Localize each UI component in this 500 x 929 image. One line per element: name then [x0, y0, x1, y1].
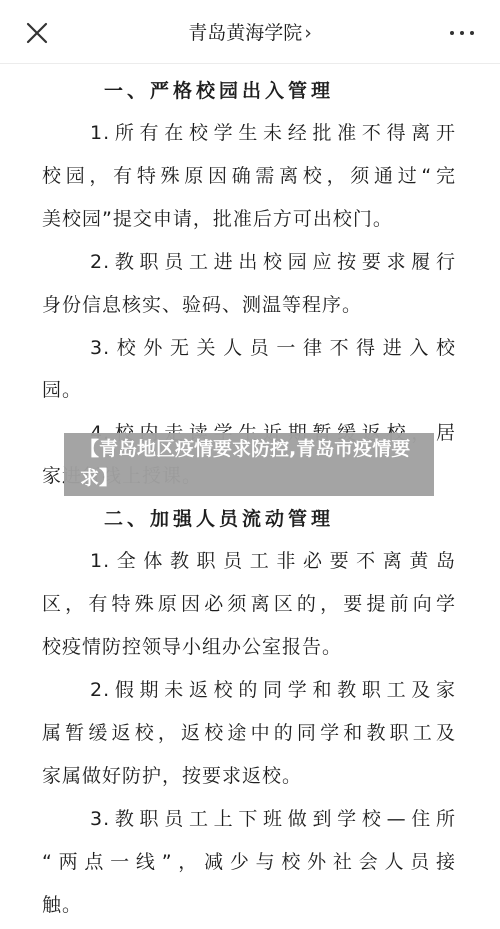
- more-dots-icon: [450, 31, 454, 35]
- paragraph-line: 校疫情防控领导小组办公室报告。: [42, 634, 456, 660]
- paragraph-line: 3.教职员工上下班做到学校—住所: [90, 806, 456, 832]
- paragraph-line: 触。: [42, 892, 456, 918]
- paragraph-line: 区，有特殊原因必须离区的，要提前向学: [42, 591, 456, 617]
- paragraph-line: 1.全体教职员工非必要不离黄岛: [90, 548, 456, 574]
- paragraph-line: “两点一线”，减少与校外社会人员接: [42, 849, 456, 875]
- paragraph-line: 2.教职员工进出校园应按要求履行: [90, 249, 456, 275]
- account-title-link[interactable]: 青岛黄海学院›: [0, 18, 500, 48]
- caption-overlay-text: 【青岛地区疫情要求防控,青岛市疫情要求】: [80, 435, 420, 493]
- paragraph-line: 美校园”提交申请，批准后方可出校门。: [42, 206, 456, 232]
- paragraph-line: 园。: [42, 377, 456, 403]
- paragraph-line: 2.假期未返校的同学和教职工及家: [90, 677, 456, 703]
- paragraph-line: 身份信息核实、验码、测温等程序。: [42, 292, 456, 318]
- paragraph-line: 1.所有在校学生未经批准不得离开: [90, 120, 456, 146]
- account-name: 青岛黄海学院: [188, 22, 302, 44]
- section-heading: 一、严格校园出入管理: [104, 78, 334, 104]
- paragraph-line: 属暂缓返校，返校途中的同学和教职工及: [42, 720, 456, 746]
- paragraph-line: 家属做好防护，按要求返校。: [42, 763, 456, 789]
- more-dots-icon: [460, 31, 464, 35]
- more-dots-icon: [470, 31, 474, 35]
- top-navbar: 青岛黄海学院›: [0, 0, 500, 64]
- paragraph-line: 3.校外无关人员一律不得进入校: [90, 335, 456, 361]
- chevron-right-icon: ›: [304, 18, 312, 48]
- paragraph-line: 校园，有特殊原因确需离校，须通过“完: [42, 163, 456, 189]
- more-options-button[interactable]: [448, 22, 476, 42]
- section-heading: 二、加强人员流动管理: [104, 506, 334, 532]
